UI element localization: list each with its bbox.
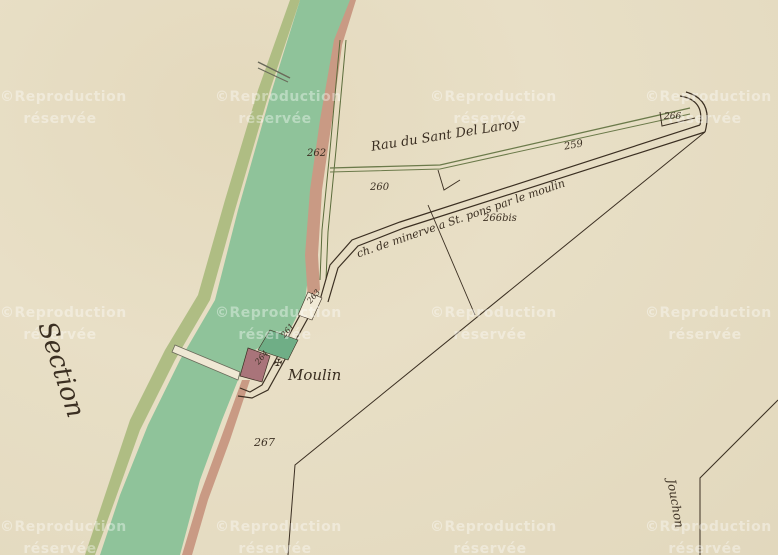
watermark: ©Reproductionréservée	[430, 516, 550, 555]
cadastral-map: ©Reproductionréservée ©Reproductionréser…	[0, 0, 778, 555]
watermark: ©Reproductionréservée	[215, 302, 335, 346]
watermark: ©Reproductionréservée	[430, 302, 550, 346]
watermark: ©Reproductionréservée	[215, 516, 335, 555]
parcel-262: 262	[307, 148, 326, 159]
watermark: ©Reproductionréservée	[0, 516, 120, 555]
parcel-266: 266	[664, 112, 681, 122]
watermark: ©Reproductionréservée	[645, 516, 765, 555]
parcel-260: 260	[370, 182, 389, 193]
map-drawing	[0, 0, 778, 555]
parcel-267: 267	[254, 436, 275, 449]
watermark: ©Reproductionréservée	[215, 86, 335, 130]
parcel-266bis: 266bis	[483, 213, 517, 224]
watermark: ©Reproductionréservée	[0, 86, 120, 130]
watermark: ©Reproductionréservée	[645, 86, 765, 130]
watermark: ©Reproductionréservée	[645, 302, 765, 346]
mill-label: Moulin	[288, 366, 341, 384]
mill-symbol: ✠	[273, 358, 281, 369]
